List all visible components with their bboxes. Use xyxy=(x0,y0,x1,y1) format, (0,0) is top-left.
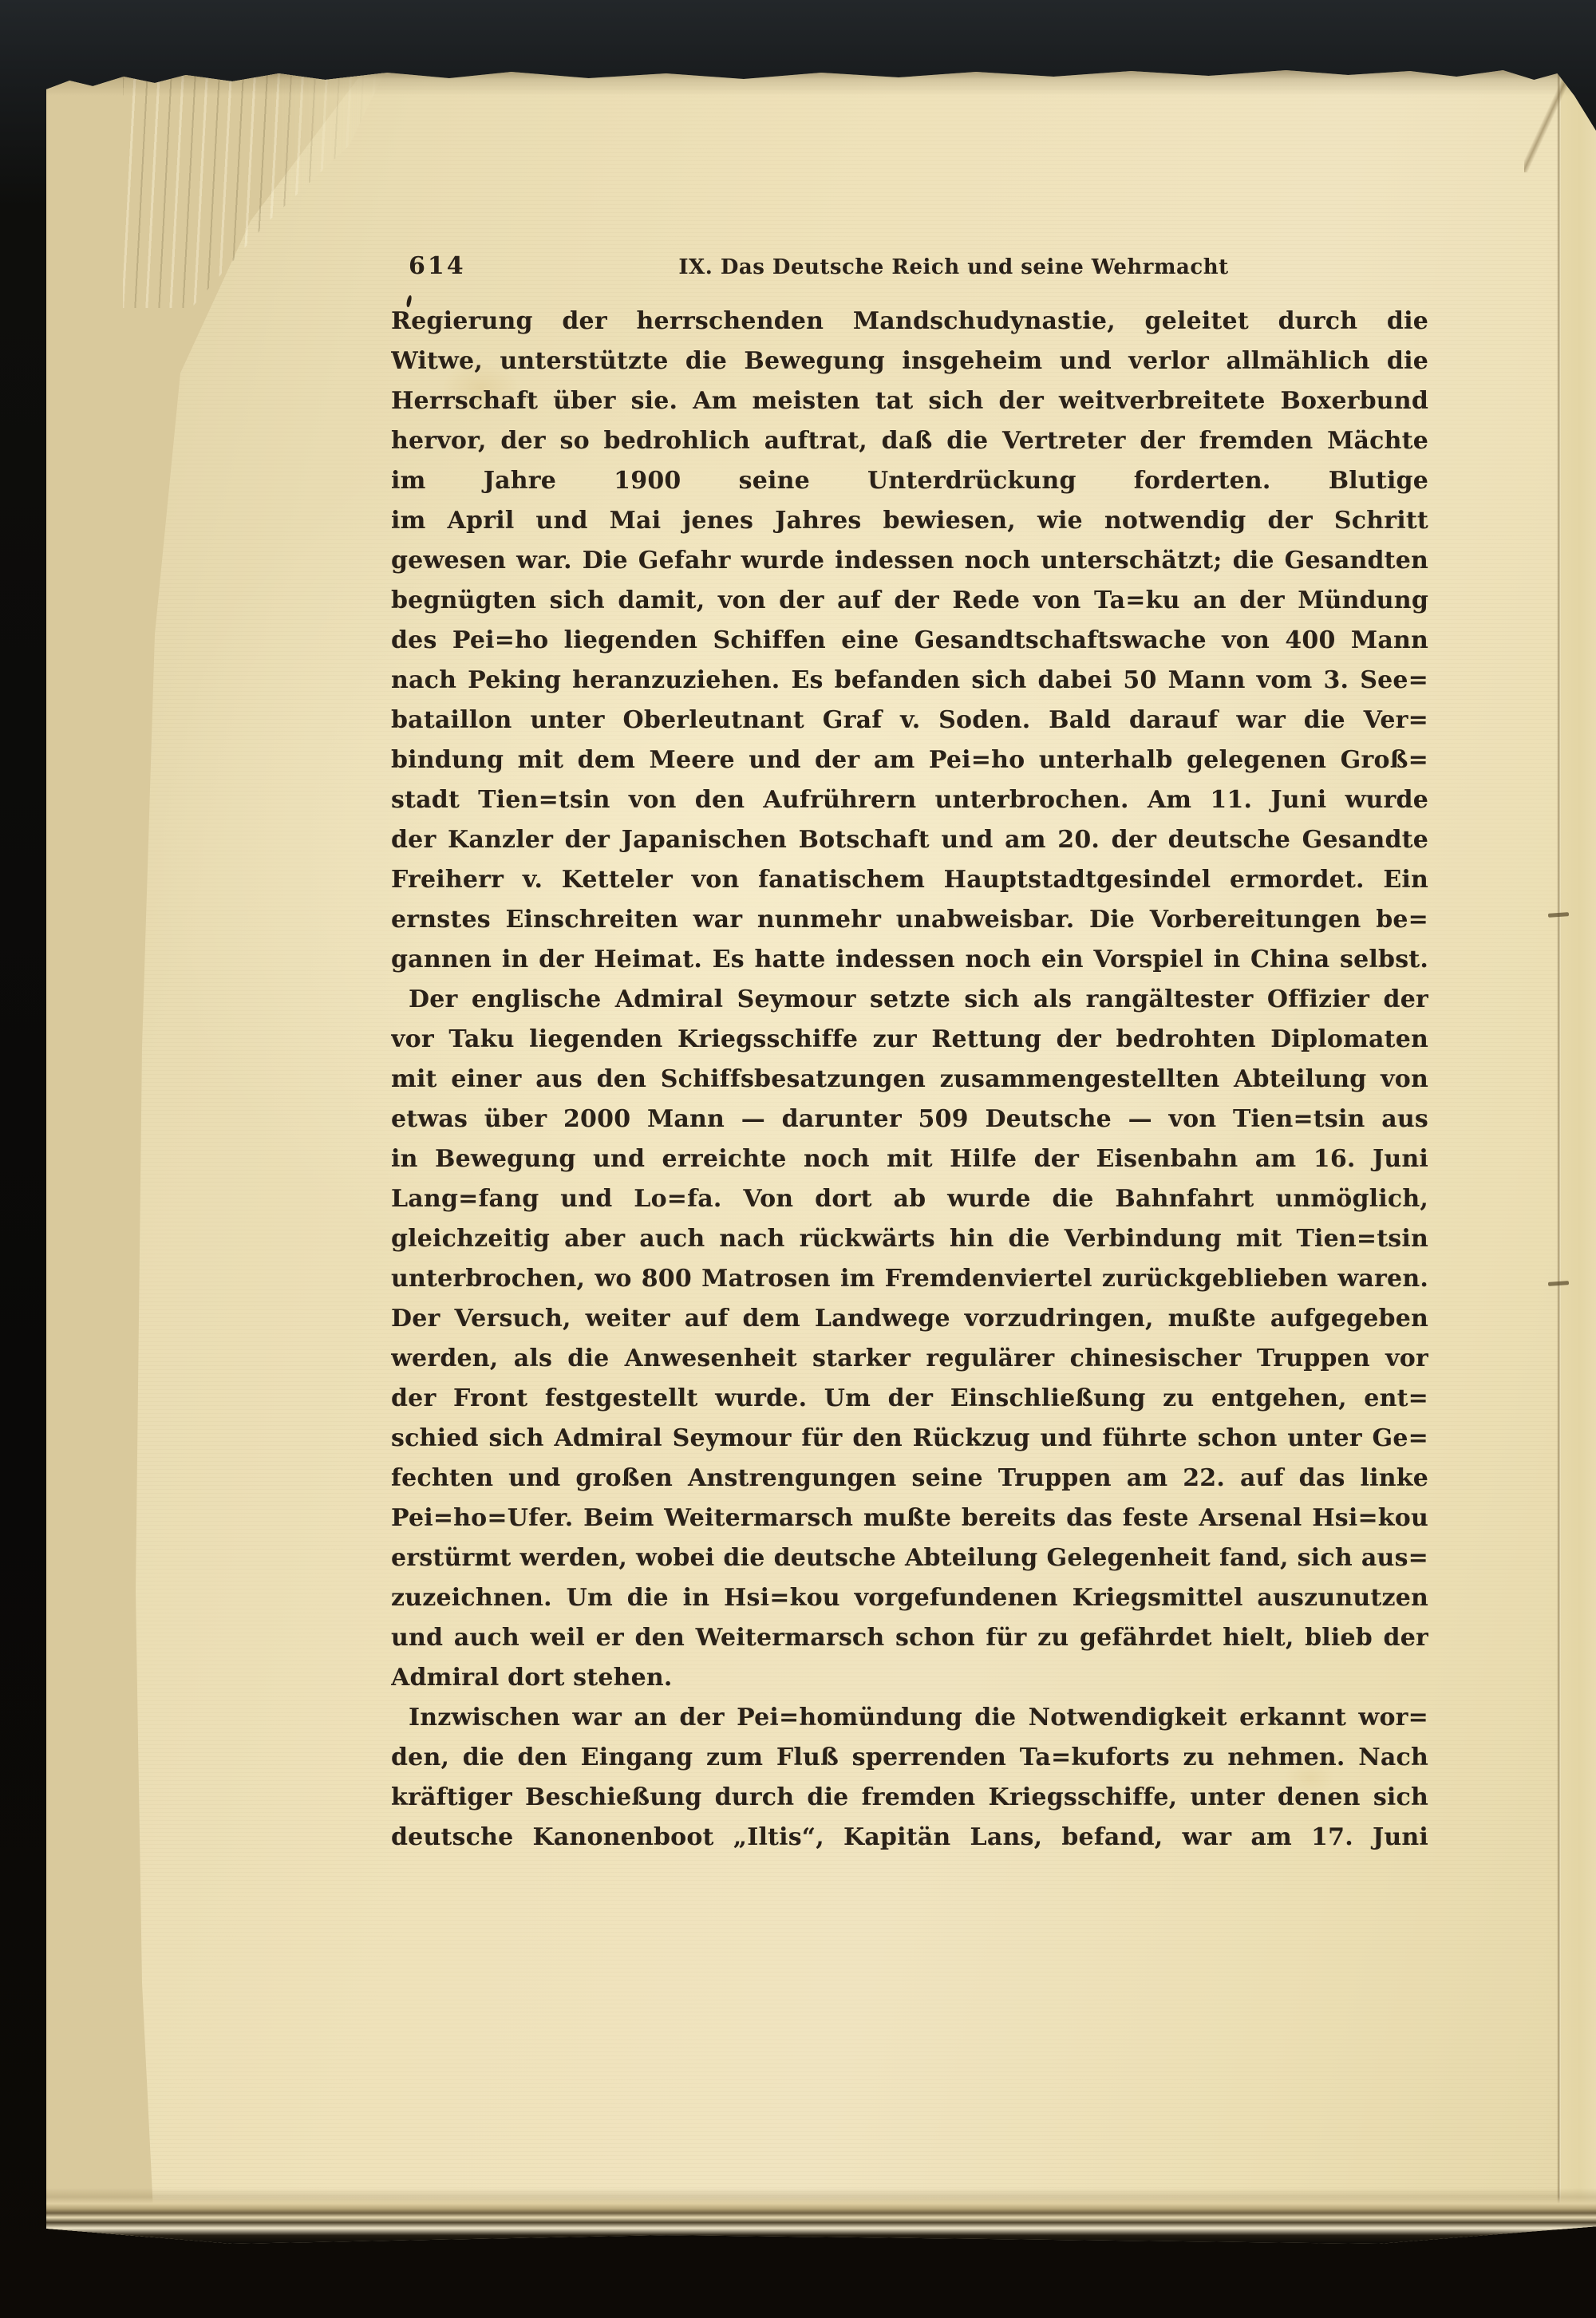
text-line: hervor, der so bedrohlich auftrat, daß d… xyxy=(391,421,1428,461)
text-line: ernstes Einschreiten war nunmehr unabwei… xyxy=(391,900,1428,940)
text-line: der Front festgestellt wurde. Um der Ein… xyxy=(391,1379,1428,1419)
book-page: 614 IX. Das Deutsche Reich und seine Weh… xyxy=(46,69,1596,2244)
text-line: im April und Mai jenes Jahres bewiesen, … xyxy=(391,501,1428,541)
text-line: gewesen war. Die Gefahr wurde indessen n… xyxy=(391,541,1428,581)
text-line: schied sich Admiral Seymour für den Rück… xyxy=(391,1419,1428,1459)
text-line: begnügten sich damit, von der auf der Re… xyxy=(391,581,1428,621)
text-line: Regierung der herrschenden Mandschudynas… xyxy=(391,302,1428,342)
text-line: Der Versuch, weiter auf dem Landwege vor… xyxy=(391,1299,1428,1339)
text-line: erstürmt werden, wobei die deutsche Abte… xyxy=(391,1538,1428,1578)
text-line: werden, als die Anwesenheit starker regu… xyxy=(391,1339,1428,1379)
text-line: und auch weil er den Weitermarsch schon … xyxy=(391,1618,1428,1658)
running-header: IX. Das Deutsche Reich und seine Wehrmac… xyxy=(678,255,1228,279)
text-line: gleichzeitig aber auch nach rückwärts hi… xyxy=(391,1219,1428,1259)
text-line: nach Peking heranzuziehen. Es befanden s… xyxy=(391,661,1428,701)
deckle-edge-shadow xyxy=(46,69,1596,96)
text-line: den, die den Eingang zum Fluß sperrenden… xyxy=(391,1738,1428,1778)
text-line: Admiral dort stehen. xyxy=(391,1658,1428,1698)
text-line: kräftiger Beschießung durch die fremden … xyxy=(391,1778,1428,1818)
text-line: Freiherr v. Ketteler von fanatischem Hau… xyxy=(391,860,1428,900)
text-line: stadt Tien=tsin von den Aufrührern unter… xyxy=(391,780,1428,820)
text-line: der Kanzler der Japanischen Botschaft un… xyxy=(391,820,1428,860)
text-line: bataillon unter Oberleutnant Graf v. Sod… xyxy=(391,701,1428,740)
text-line: gannen in der Heimat. Es hatte indessen … xyxy=(391,940,1428,980)
page-number: 614 xyxy=(409,252,466,280)
scan-background: { "page": { "number": "614", "header": "… xyxy=(0,0,1596,2318)
underlying-page-strip xyxy=(1559,69,1596,2244)
text-line: vor Taku liegenden Kriegsschiffe zur Ret… xyxy=(391,1020,1428,1060)
text-line: Lang=fang und Lo=fa. Von dort ab wurde d… xyxy=(391,1179,1428,1219)
text-line: zuzeichnen. Um die in Hsi=kou vorgefunde… xyxy=(391,1578,1428,1618)
text-line: etwas über 2000 Mann — darunter 509 Deut… xyxy=(391,1100,1428,1139)
text-line: bindung mit dem Meere und der am Pei=ho … xyxy=(391,740,1428,780)
text-line: Der englische Admiral Seymour setzte sic… xyxy=(391,980,1428,1020)
text-line: deutsche Kanonenboot „Iltis“, Kapitän La… xyxy=(391,1818,1428,1858)
page-stack-bottom-edges xyxy=(46,2188,1596,2244)
text-line: Pei=ho=Ufer. Beim Weitermarsch mußte ber… xyxy=(391,1499,1428,1538)
text-line: mit einer aus den Schiffsbesatzungen zus… xyxy=(391,1060,1428,1100)
gutter-crease xyxy=(1557,69,1561,2244)
body-text: Regierung der herrschenden Mandschudynas… xyxy=(391,302,1428,1858)
text-line: im Jahre 1900 seine Unterdrückung forder… xyxy=(391,461,1428,501)
text-line: unterbrochen, wo 800 Matrosen im Fremden… xyxy=(391,1259,1428,1299)
text-line: Herrschaft über sie. Am meisten tat sich… xyxy=(391,381,1428,421)
page-stack-left-edges xyxy=(46,69,365,2244)
text-line: Inzwischen war an der Pei=homündung die … xyxy=(391,1698,1428,1738)
text-line: fechten und großen Anstrengungen seine T… xyxy=(391,1459,1428,1499)
text-line: Witwe, unterstützte die Bewegung insgehe… xyxy=(391,342,1428,381)
text-line: in Bewegung und erreichte noch mit Hilfe… xyxy=(391,1139,1428,1179)
text-line: des Pei=ho liegenden Schiffen eine Gesan… xyxy=(391,621,1428,661)
page-header: 614 IX. Das Deutsche Reich und seine Weh… xyxy=(391,252,1428,294)
page-stack-corner-edges xyxy=(123,69,386,308)
